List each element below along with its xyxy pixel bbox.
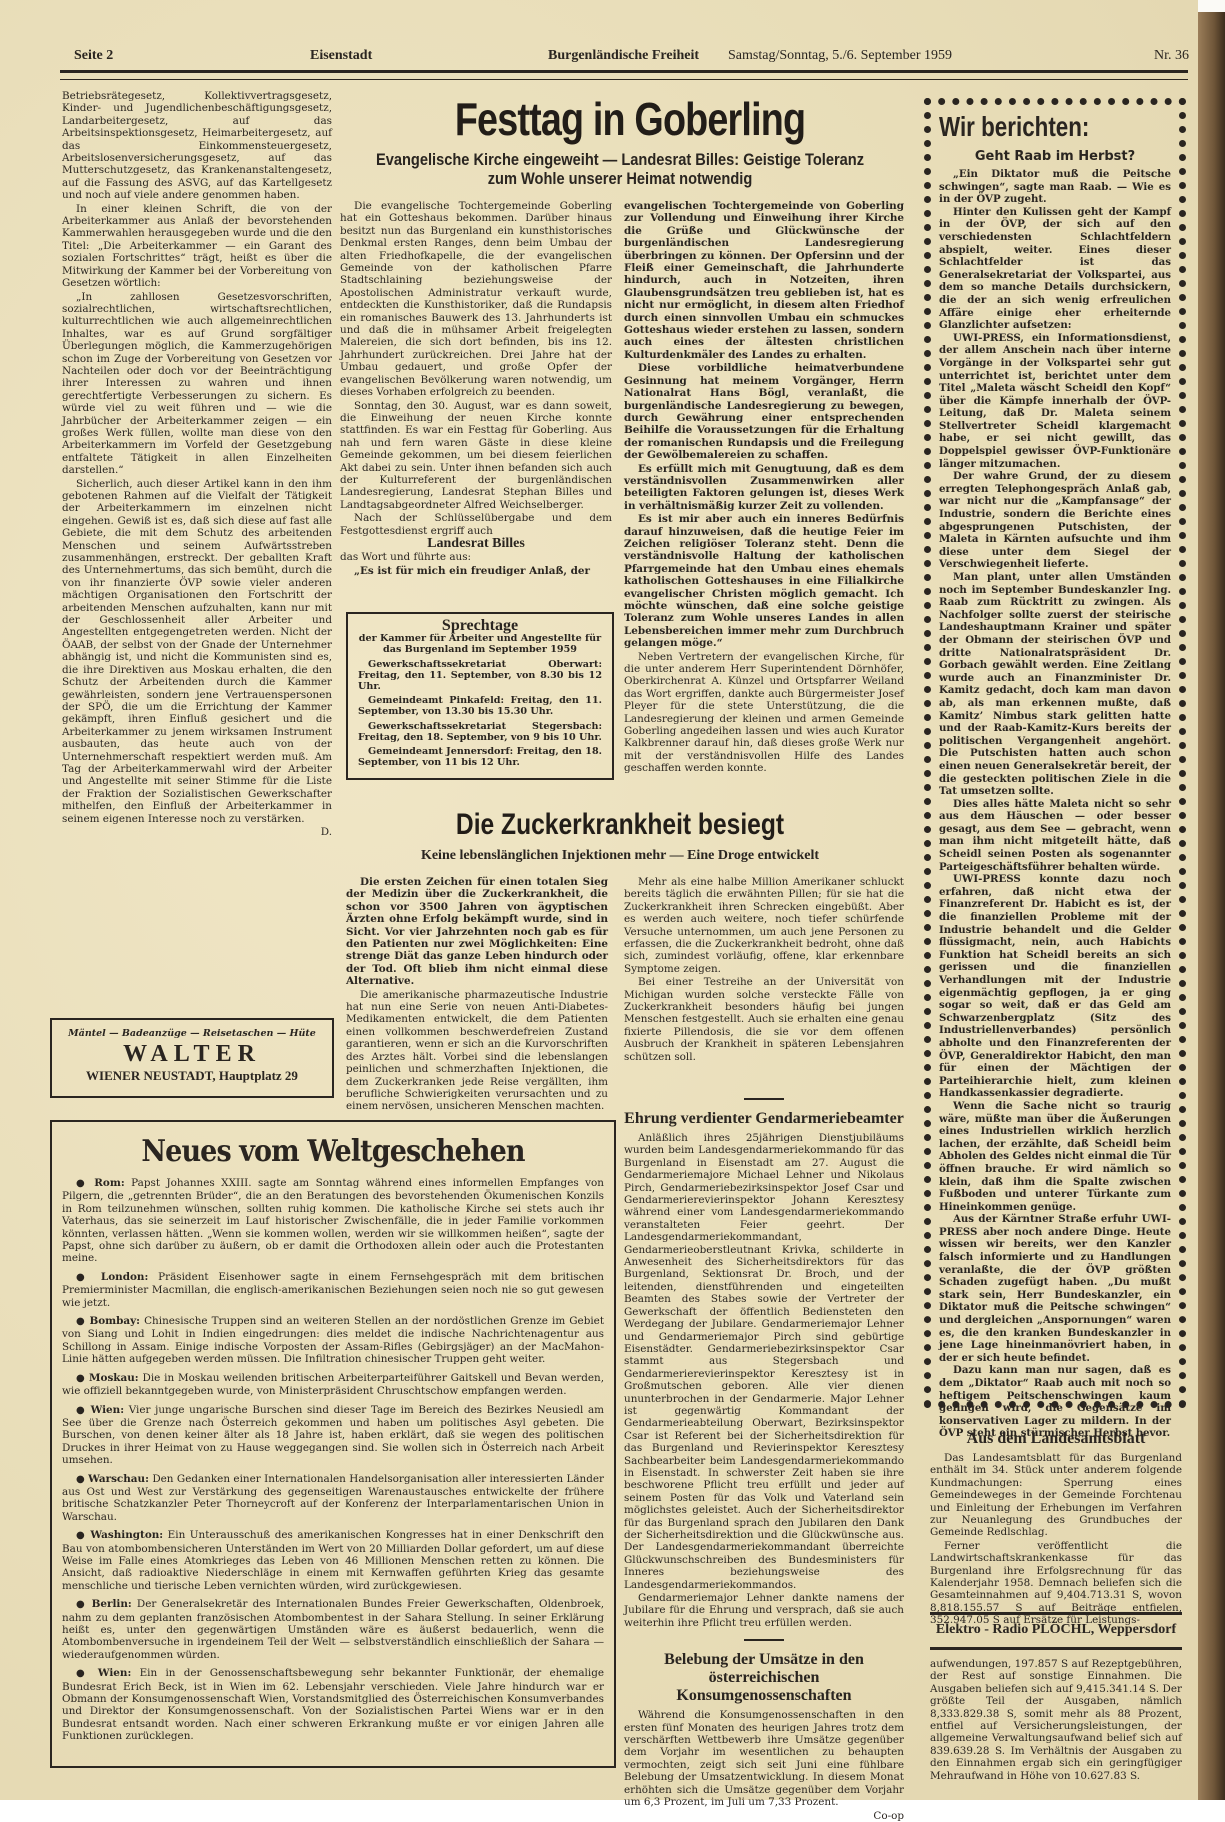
author-signature: D. — [62, 826, 332, 838]
paragraph: Man plant, unter allen Umständen noch im… — [939, 571, 1171, 798]
paragraph: Sonntag, den 30. August, war es dann sow… — [340, 400, 612, 512]
sprechtag-entry: Gemeindeamt Pinkafeld: Freitag, den 11. … — [358, 695, 602, 717]
world-news-list: ● Rom: Papst Johannes XXIII. sagte am So… — [62, 1177, 604, 1743]
paragraph: Neben Vertretern der evangelischen Kirch… — [624, 651, 904, 775]
zucker-column-1: Die ersten Zeichen für einen totalen Sie… — [346, 876, 608, 1113]
inline-subheading: Landesrat Billes — [340, 538, 612, 550]
zucker-headline: Die Zuckerkrankheit besiegt — [382, 808, 858, 842]
festtag-headline: Festtag in Goberling — [392, 92, 868, 146]
paragraph: Aus der Kärntner Straße erfuhr UWI-PRESS… — [939, 1213, 1171, 1364]
news-text: Vier junge ungarische Burschen sind dies… — [62, 1404, 604, 1467]
konsum-headline: Belebung der Umsätze in den österreichis… — [624, 1651, 904, 1705]
quote-start: „Es ist für mich ein freudiger Anlaß, de… — [340, 565, 612, 577]
paragraph: Gendarmeriemajor Lehner dankte namens de… — [624, 1592, 904, 1629]
festtag-subheadline: Evangelische Kirche eingeweiht — Landesr… — [371, 150, 870, 188]
divider — [744, 1639, 784, 1641]
page-header: Seite 2 Eisenstadt Burgenländische Freih… — [74, 46, 1194, 68]
world-news-item: ● Rom: Papst Johannes XXIII. sagte am So… — [62, 1177, 604, 1265]
news-dateline: Berlin: — [92, 1598, 132, 1610]
news-text: Der Generalsekretär des Internationalen … — [62, 1598, 604, 1661]
news-text: Die in Moskau weilenden britischen Arbei… — [62, 1372, 604, 1397]
bullet-icon: ● — [76, 1668, 98, 1679]
landesamtsblatt-continuation: aufwendungen, 197.857 S auf Rezeptgebühr… — [930, 1658, 1182, 1782]
world-news-title: Neues vom Weltgeschehen — [89, 1134, 577, 1169]
paragraph: UWI-PRESS konnte dazu noch erfahren, daß… — [939, 873, 1171, 1100]
news-dateline: Rom: — [94, 1177, 124, 1189]
issue-date: Samstag/Sonntag, 5./6. September 1959 — [728, 48, 952, 64]
gendarmerie-headline: Ehrung verdienter Gendarmeriebeamter — [624, 1110, 904, 1128]
newspaper-page: Seite 2 Eisenstadt Burgenländische Freih… — [0, 0, 1198, 1800]
arbeiterkammer-article: Betriebsrätegesetz, Kollektivvertragsges… — [62, 90, 332, 838]
landesamtsblatt-article: Aus dem Landesamtsblatt Das Landesamtsbl… — [930, 1430, 1182, 1627]
bullet-icon: ● — [76, 1530, 90, 1541]
wir-berichten-subtitle: Geht Raab im Herbst? — [939, 149, 1171, 164]
paragraph: Dazu kann man nur sagen, daß es dem „Dik… — [939, 1364, 1171, 1440]
bullet-icon: ● — [76, 1474, 88, 1485]
sprechtage-subtitle: der Kammer für Arbeiter und Angestellte … — [358, 633, 602, 655]
world-news-item: ● Warschau: Den Gedanken einer Internati… — [62, 1473, 604, 1524]
festtag-column-2: evangelischen Tochtergemeinde von Goberl… — [624, 200, 904, 775]
world-news-item: ● Wien: Vier junge ungarische Burschen s… — [62, 1404, 604, 1467]
paragraph: „In zahllosen Gesetzesvorschriften, sozi… — [62, 291, 332, 477]
bullet-icon: ● — [76, 1178, 94, 1189]
world-news-item: ● Wien: Ein in der Genossenschaftsbewegu… — [62, 1667, 604, 1742]
paragraph: Während die Konsumgenossenschaften in de… — [624, 1709, 904, 1800]
festtag-column-1: Die evangelische Tochtergemeinde Goberli… — [340, 200, 612, 577]
ad-items: Mäntel — Badeanzüge — Reisetaschen — Hüt… — [52, 1028, 332, 1039]
news-text: Chinesische Truppen sind an weiteren Ste… — [62, 1315, 604, 1365]
walter-advertisement: Mäntel — Badeanzüge — Reisetaschen — Hüt… — [50, 1018, 334, 1098]
sprechtage-title: Sprechtage — [358, 620, 602, 631]
ploechl-advertisement: Elektro - Radio PLÖCHL, Weppersdorf — [930, 1612, 1182, 1650]
paragraph: Der wahre Grund, der zu diesem erregten … — [939, 470, 1171, 571]
book-spine — [1198, 12, 1225, 1800]
landesamtsblatt-headline: Aus dem Landesamtsblatt — [930, 1430, 1182, 1448]
wir-berichten-body: „Ein Diktator muß die Peitsche schwingen… — [939, 168, 1171, 1440]
wir-berichten-box: Wir berichten: Geht Raab im Herbst? „Ein… — [924, 98, 1186, 1408]
bullet-icon: ● — [76, 1599, 92, 1610]
paragraph: Die amerikanische pharmazeutische Indust… — [346, 989, 608, 1113]
news-dateline: Wien: — [91, 1404, 124, 1416]
paragraph: Diese vorbildliche heimatverbundene Gesi… — [624, 362, 904, 461]
paragraph: Die evangelische Tochtergemeinde Goberli… — [340, 200, 612, 399]
world-news-item: ● Moskau: Die in Moskau weilenden britis… — [62, 1372, 604, 1398]
bullet-icon: ● — [76, 1373, 89, 1384]
news-dateline: London: — [101, 1271, 148, 1283]
paragraph: Wenn die Sache nicht so traurig wäre, mü… — [939, 1100, 1171, 1213]
paragraph: Sicherlich, auch dieser Artikel kann in … — [62, 478, 332, 825]
news-dateline: Bombay: — [89, 1315, 140, 1327]
news-dateline: Moskau: — [89, 1372, 139, 1384]
sprechtag-entry: Gewerkschaftssekretariat Stegersbach: Fr… — [358, 721, 602, 743]
sprechtage-box: Sprechtage der Kammer für Arbeiter und A… — [346, 612, 614, 780]
header-city: Eisenstadt — [310, 48, 372, 64]
bullet-icon: ● — [76, 1405, 91, 1416]
paragraph: Es ist mir aber auch ein inneres Bedürfn… — [624, 513, 904, 649]
news-dateline: Washington: — [90, 1529, 163, 1541]
header-rule — [60, 70, 1188, 80]
paragraph: Betriebsrätegesetz, Kollektivvertragsges… — [62, 90, 332, 202]
paragraph: In einer kleinen Schrift, die von der Ar… — [62, 203, 332, 290]
paragraph: Es erfüllt mich mit Genugtuung, daß es d… — [624, 463, 904, 513]
news-text: Ein in der Genossenschaftsbewegung sehr … — [62, 1667, 604, 1742]
paragraph: Nach der Schlüsselübergabe und dem Festg… — [340, 512, 612, 537]
news-text: Papst Johannes XXIII. sagte am Sonntag w… — [62, 1177, 604, 1264]
bullet-icon: ● — [76, 1316, 89, 1327]
paragraph: das Wort und führte aus: — [340, 551, 612, 563]
ad-address: WIENER NEUSTADT, Hauptplatz 29 — [52, 1068, 332, 1084]
lead-paragraph: Die ersten Zeichen für einen totalen Sie… — [346, 876, 608, 988]
zucker-column-2: Mehr als eine halbe Million Amerikaner s… — [624, 876, 904, 1063]
sprechtag-entry: Gemeindeamt Jennersdorf: Freitag, den 18… — [358, 746, 602, 768]
newspaper-name: Burgenländische Freiheit — [548, 48, 699, 64]
paragraph: Dies alles hätte Maleta nicht so sehr au… — [939, 798, 1171, 874]
world-news-item: ● London: Präsident Eisenhower sagte in … — [62, 1271, 604, 1309]
paragraph: Bei einer Testreihe an der Universität v… — [624, 976, 904, 1063]
paragraph: Anläßlich ihres 25jährigen Dienstjubiläu… — [624, 1132, 904, 1591]
paragraph: UWI-PRESS, ein Informationsdienst, der a… — [939, 332, 1171, 471]
paragraph: Das Landesamtsblatt für das Burgenland e… — [930, 1452, 1182, 1539]
paragraph: evangelischen Tochtergemeinde von Goberl… — [624, 200, 904, 361]
world-news-box: Neues vom Weltgeschehen ● Rom: Papst Joh… — [50, 1120, 616, 1768]
news-dateline: Warschau: — [88, 1473, 149, 1485]
ad-brand: WALTER — [52, 1041, 332, 1068]
paragraph: „Ein Diktator muß die Peitsche schwingen… — [939, 168, 1171, 206]
news-dateline: Wien: — [98, 1667, 131, 1679]
bullet-icon: ● — [76, 1272, 101, 1283]
paragraph: Mehr als eine halbe Million Amerikaner s… — [624, 876, 904, 975]
page-number: Seite 2 — [74, 48, 113, 64]
zucker-subheadline: Keine lebenslänglichen Injektionen mehr … — [340, 848, 900, 864]
world-news-item: ● Berlin: Der Generalsekretär des Intern… — [62, 1598, 604, 1661]
wir-berichten-title: Wir berichten: — [939, 111, 1125, 143]
issue-number: Nr. 36 — [1154, 48, 1189, 64]
world-news-item: ● Bombay: Chinesische Truppen sind an we… — [62, 1315, 604, 1366]
paragraph: aufwendungen, 197.857 S auf Rezeptgebühr… — [930, 1658, 1182, 1782]
divider — [744, 1098, 784, 1100]
world-news-item: ● Washington: Ein Unterausschuß des amer… — [62, 1529, 604, 1592]
paragraph: Hinter den Kulissen geht der Kampf in de… — [939, 206, 1171, 332]
gendarmerie-article: Ehrung verdienter Gendarmeriebeamter Anl… — [624, 1088, 904, 1800]
sprechtag-entry: Gewerkschaftssekretariat Oberwart: Freit… — [358, 659, 602, 693]
